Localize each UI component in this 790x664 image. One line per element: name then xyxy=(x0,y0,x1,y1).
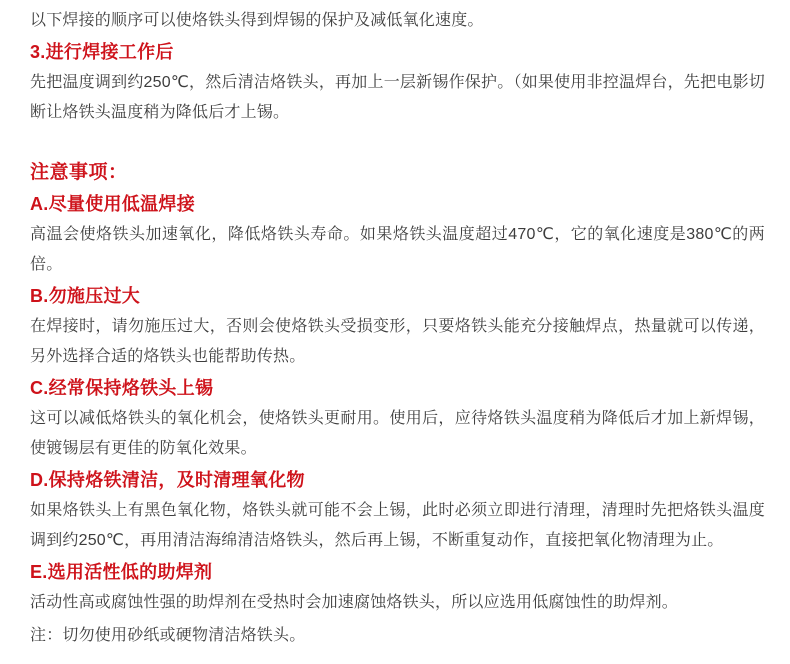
notice-item-heading: D.保持烙铁清洁，及时清理氧化物 xyxy=(30,467,765,493)
soldering-care-document: 以下焊接的顺序可以使烙铁头得到焊锡的保护及减低氧化速度。 3.进行焊接工作后 先… xyxy=(0,0,790,664)
notice-item-body: 如果烙铁头上有黑色氧化物，烙铁头就可能不会上锡，此时必须立即进行清理，清理时先把… xyxy=(30,496,765,556)
footnote: 注：切勿使用砂纸或硬物清洁烙铁头。 xyxy=(30,621,765,651)
notice-item-b: B.勿施压过大 在焊接时，请勿施压过大，否则会使烙铁头受损变形，只要烙铁头能充分… xyxy=(30,283,765,372)
notice-item-body: 高温会使烙铁头加速氧化，降低烙铁头寿命。如果烙铁头温度超过470℃，它的氧化速度… xyxy=(30,220,765,280)
notice-item-c: C.经常保持烙铁头上锡 这可以减低烙铁头的氧化机会，使烙铁头更耐用。使用后，应待… xyxy=(30,375,765,464)
notice-section-title: 注意事项： xyxy=(30,158,765,188)
notice-item-heading: C.经常保持烙铁头上锡 xyxy=(30,375,765,401)
notice-item-body: 在焊接时，请勿施压过大，否则会使烙铁头受损变形，只要烙铁头能充分接触焊点，热量就… xyxy=(30,312,765,372)
step3-paragraph: 先把温度调到约250℃，然后清洁烙铁头，再加上一层新锡作保护。（如果使用非控温焊… xyxy=(30,68,765,128)
notice-item-heading: E.选用活性低的助焊剂 xyxy=(30,559,765,585)
notice-item-d: D.保持烙铁清洁，及时清理氧化物 如果烙铁头上有黑色氧化物，烙铁头就可能不会上锡… xyxy=(30,467,765,556)
notice-item-e: E.选用活性低的助焊剂 活动性高或腐蚀性强的助焊剂在受热时会加速腐蚀烙铁头，所以… xyxy=(30,559,765,618)
notice-item-body: 这可以减低烙铁头的氧化机会，使烙铁头更耐用。使用后，应待烙铁头温度稍为降低后才加… xyxy=(30,404,765,464)
notice-item-a: A.尽量使用低温焊接 高温会使烙铁头加速氧化，降低烙铁头寿命。如果烙铁头温度超过… xyxy=(30,191,765,280)
notice-item-heading: A.尽量使用低温焊接 xyxy=(30,191,765,217)
notice-item-body: 活动性高或腐蚀性强的助焊剂在受热时会加速腐蚀烙铁头，所以应选用低腐蚀性的助焊剂。 xyxy=(30,588,765,618)
step3-heading: 3.进行焊接工作后 xyxy=(30,39,765,65)
intro-paragraph: 以下焊接的顺序可以使烙铁头得到焊锡的保护及减低氧化速度。 xyxy=(30,6,765,36)
notice-item-heading: B.勿施压过大 xyxy=(30,283,765,309)
